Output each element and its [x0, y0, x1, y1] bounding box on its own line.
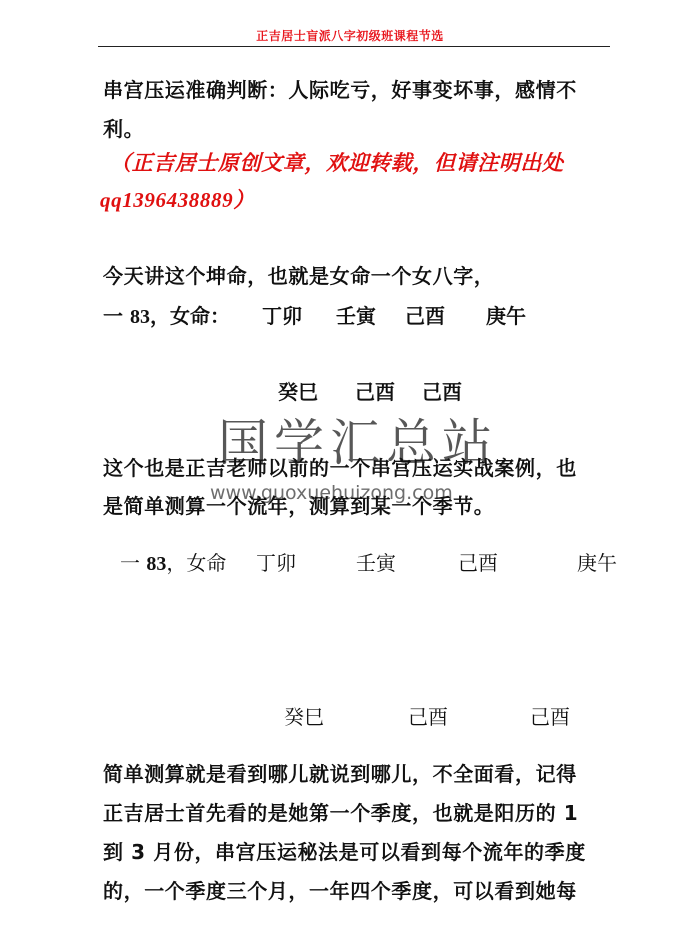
chart1-dayun-2: 己酉 [355, 382, 395, 402]
chart2-gender-label: ，女命 [166, 551, 226, 575]
header-divider [98, 46, 610, 47]
paragraph-3-line-2: 是简单测算一个流年，测算到某一个季节。 [103, 496, 494, 516]
paragraph-4-line-3: 到 3 月份，串宫压运秘法是可以看到每个流年的季度 [103, 842, 586, 862]
paragraph-4-line-4: 的，一个季度三个月，一年四个季度，可以看到她每 [103, 881, 577, 901]
chart1-dayun-1: 癸巳 [278, 382, 318, 402]
chart1-dash: 一 [103, 304, 123, 328]
chart1-label: 一 83，女命： [103, 306, 230, 327]
chart2-dash: 一 [120, 551, 140, 575]
paragraph-2-line-1: 今天讲这个坤命，也就是女命一个女八字， [103, 266, 494, 286]
chart2-dayun-1: 癸巳 [284, 707, 324, 727]
document-page: 正吉居士盲派八字初级班课程节选 串宫压运准确判断：人际吃亏，好事变坏事，感情不 … [0, 0, 700, 930]
page-header-title: 正吉居士盲派八字初级班课程节选 [0, 27, 700, 44]
chart2-hour-pillar: 庚午 [577, 553, 617, 573]
paragraph-4-line-2: 正吉居士首先看的是她第一个季度，也就是阳历的 1 [103, 803, 578, 823]
copyright-notice-line-2: qq1396438889） [100, 190, 255, 211]
chart1-hour-pillar: 庚午 [486, 306, 526, 326]
paragraph-3-line-1: 这个也是正吉老师以前的一个串宫压运实战案例，也 [103, 458, 577, 478]
chart2-dayun-2: 己酉 [408, 707, 448, 727]
chart2-month-pillar: 壬寅 [356, 553, 396, 573]
chart1-dayun-3: 己酉 [422, 382, 462, 402]
paragraph-4-line-1: 简单测算就是看到哪儿就说到哪儿，不全面看，记得 [103, 764, 577, 784]
chart1-day-pillar: 己酉 [405, 306, 445, 326]
paragraph-1-line-1: 串宫压运准确判断：人际吃亏，好事变坏事，感情不 [103, 80, 577, 100]
chart1-gender-label: ，女命： [150, 304, 230, 328]
chart1-year-pillar: 丁卯 [262, 306, 302, 326]
chart1-number: 83 [130, 306, 150, 328]
chart2-number: 83 [146, 553, 166, 575]
chart2-label: 一 83，女命 [120, 553, 226, 574]
paragraph-1-line-2: 利。 [103, 119, 144, 139]
chart2-dayun-3: 己酉 [530, 707, 570, 727]
chart2-year-pillar: 丁卯 [256, 553, 296, 573]
chart1-month-pillar: 壬寅 [336, 306, 376, 326]
copyright-notice-line-1: （正吉居士原创文章，欢迎转载，但请注明出处 [110, 153, 564, 174]
chart2-day-pillar: 己酉 [458, 553, 498, 573]
